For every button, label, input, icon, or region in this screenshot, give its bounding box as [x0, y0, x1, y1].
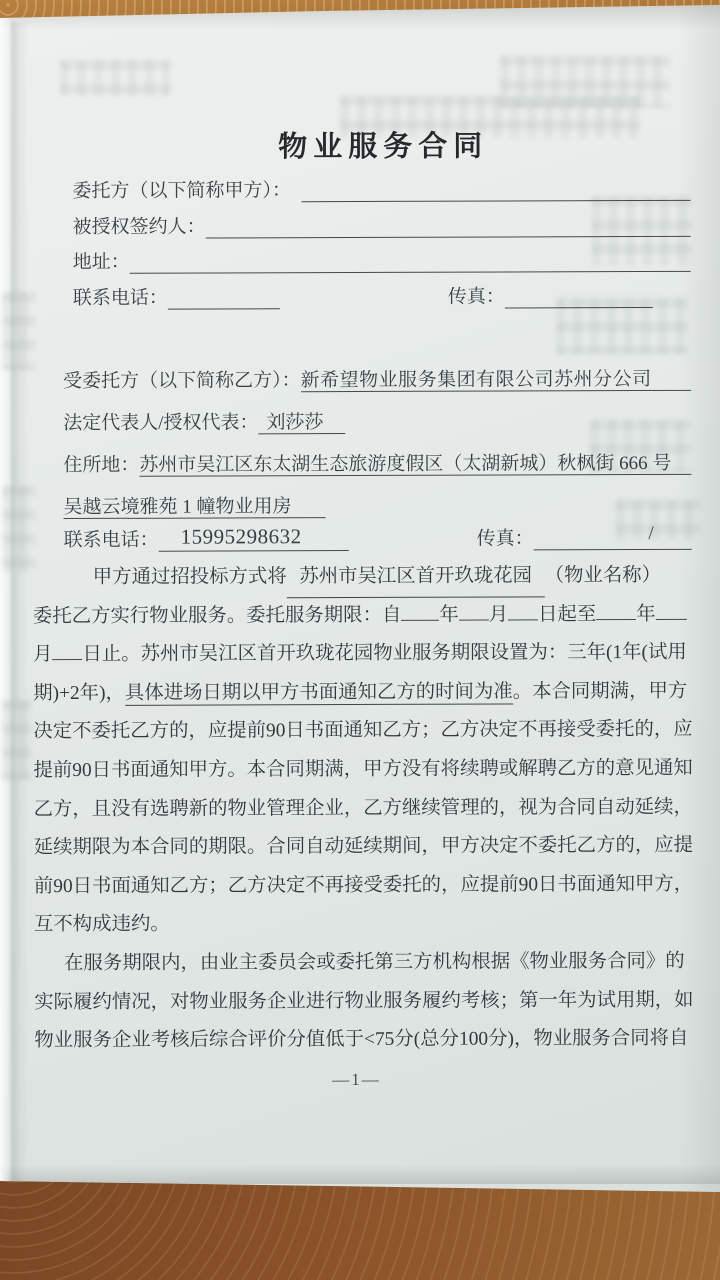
date-blank	[52, 640, 82, 660]
party-b-residence-line1: 苏州市吴江区东太湖生态旅游度假区（太湖新城）秋枫街 666 号	[139, 448, 691, 477]
party-a-address-label: 地址：	[73, 247, 130, 274]
party-a-signer-label: 被授权签约人：	[73, 212, 206, 239]
clause1-line10: 互不构成违约。	[34, 904, 692, 945]
party-b-contact-row: 联系电话： 15995298632 传真： /	[64, 520, 692, 552]
date-blank	[596, 599, 636, 620]
clause1-l4-pre: 期)+2年)，	[33, 683, 125, 704]
clause2-line1: 在服务期限内，由业主委员会或委托第三方机构根据《物业服务合同》的	[34, 943, 692, 984]
year-label: 年	[636, 604, 655, 625]
party-b-phone-value: 15995298632	[159, 524, 349, 552]
clause1-l3-post: 日止。苏州市吴江区首开玖珑花园物业服务期限设置为：三年(1年(试用	[82, 642, 686, 665]
party-a-fax-label: 传真：	[448, 281, 505, 308]
party-b-residence-label: 住所地：	[63, 450, 139, 477]
party-a-client-label: 委托方（以下简称甲方）：	[72, 175, 291, 203]
clause1-l4-post: 。本合同期满，甲方	[513, 681, 688, 703]
clause1-l1-pre: 甲方通过招投标方式将	[93, 566, 287, 588]
clause2-l1: 在服务期限内，由业主委员会或委托第三方机构根据《物业服务合同》的	[64, 951, 685, 974]
party-b-phone-label: 联系电话：	[64, 525, 159, 552]
contract-page: 物业服务合同 委托方（以下简称甲方）： 被授权签约人： 地址： 联系电话： 传真…	[0, 0, 720, 1280]
clause-service-term: 甲方通过招投标方式将苏州市吴江区首开玖珑花园（物业名称） 委托乙方实行物业服务。…	[33, 557, 692, 945]
date-blank	[401, 600, 439, 621]
spacer	[280, 309, 448, 310]
clause1-line2: 委托乙方实行物业服务。委托服务期限：自年月日起至年	[33, 595, 691, 636]
party-a-fax-blank	[505, 281, 653, 309]
party-b-residence-row-2: 吴越云境雅苑 1 幢物业用房	[63, 487, 691, 519]
party-a-contact-row: 联系电话： 传真：	[73, 278, 691, 310]
clause1-line4: 期)+2年)，具体进场日期以甲方书面通知乙方的时间为准。本合同期满，甲方	[33, 673, 691, 714]
clause1-line6: 提前90日书面通知甲方。本合同期满，甲方没有将续聘或解聘乙方的意见通知	[33, 750, 691, 791]
clause1-line7: 乙方，且没有选聘新的物业管理企业，乙方继续管理的，视为合同自动延续，	[34, 788, 692, 829]
party-a-phone-blank	[168, 282, 280, 309]
clause1-line5: 决定不委托乙方的，应提前90日书面通知乙方；乙方决定不再接受委托的，应	[33, 711, 691, 752]
entry-date-emphasis: 具体进场日期以甲方书面通知乙方的时间为准	[125, 681, 513, 705]
party-a-phone-label: 联系电话：	[73, 283, 168, 310]
clause1-line3: 月日止。苏州市吴江区首开玖珑花园物业服务期限设置为：三年(1年(试用	[33, 634, 691, 675]
party-a-address-row: 地址：	[73, 242, 691, 274]
party-a-client-blank	[301, 174, 691, 202]
date-blank	[656, 599, 687, 619]
party-b-fax-value: /	[534, 523, 692, 551]
clause1-l2-mid: 日起至	[538, 604, 596, 625]
clause1-line8: 延续期限为本合同的期限。合同自动延续期间，甲方决定不委托乙方的，应提	[34, 827, 692, 868]
party-a-signer-row: 被授权签约人：	[72, 207, 690, 239]
month-label: 月	[489, 604, 508, 625]
date-blank	[459, 600, 489, 620]
party-b-legal-rep-label: 法定代表人/授权代表：	[63, 407, 258, 435]
date-blank	[508, 600, 538, 620]
party-a-signer-blank	[206, 210, 691, 239]
year-label: 年	[439, 604, 458, 625]
photo-scene: 物业服务合同 委托方（以下简称甲方）： 被授权签约人： 地址： 联系电话： 传真…	[0, 0, 720, 1280]
party-b-residence-line2: 吴越云境雅苑 1 幢物业用房	[63, 491, 325, 519]
party-b-legal-rep-row: 法定代表人/授权代表： 刘莎莎	[63, 403, 691, 435]
party-b-trustee-label: 受委托方（以下简称乙方）：	[63, 365, 301, 393]
clause2-line3: 物业服务企业考核后综合评价分值低于<75分(总分100分)，物业服务合同将自	[34, 1020, 692, 1061]
clause1-line9: 前90日书面通知乙方；乙方决定不再接受委托的，应提前90日书面通知甲方，	[34, 866, 692, 907]
party-a-address-blank	[130, 245, 691, 274]
month-label: 月	[33, 644, 52, 665]
clause-assessment: 在服务期限内，由业主委员会或委托第三方机构根据《物业服务合同》的 实际履约情况，…	[34, 943, 692, 1061]
party-b-fax-label: 传真：	[477, 523, 534, 550]
party-b-residence-row-1: 住所地： 苏州市吴江区东太湖生态旅游度假区（太湖新城）秋枫街 666 号	[63, 445, 691, 477]
party-b-trustee-row: 受委托方（以下简称乙方）： 新希望物业服务集团有限公司苏州分公司	[63, 361, 691, 393]
clause1-l2-pre: 委托乙方实行物业服务。委托服务期限：自	[33, 604, 401, 626]
contract-title: 物业服务合同	[278, 124, 488, 166]
party-a-client-row: 委托方（以下简称甲方）：	[72, 171, 690, 203]
clause1-line1: 甲方通过招投标方式将苏州市吴江区首开玖珑花园（物业名称）	[33, 557, 691, 598]
party-b-trustee-name: 新希望物业服务集团有限公司苏州分公司	[301, 364, 692, 392]
clause2-line2: 实际履约情况，对物业服务企业进行物业服务履约考核；第一年为试用期，如	[34, 981, 692, 1022]
property-name-value: 苏州市吴江区首开玖珑花园	[287, 557, 545, 597]
page-number: —1—	[2, 1069, 712, 1091]
clause1-l1-post: （物业名称）	[545, 565, 661, 586]
contract-content: 物业服务合同 委托方（以下简称甲方）： 被授权签约人： 地址： 联系电话： 传真…	[0, 0, 720, 1280]
party-b-legal-rep-name: 刘莎莎	[258, 407, 345, 434]
